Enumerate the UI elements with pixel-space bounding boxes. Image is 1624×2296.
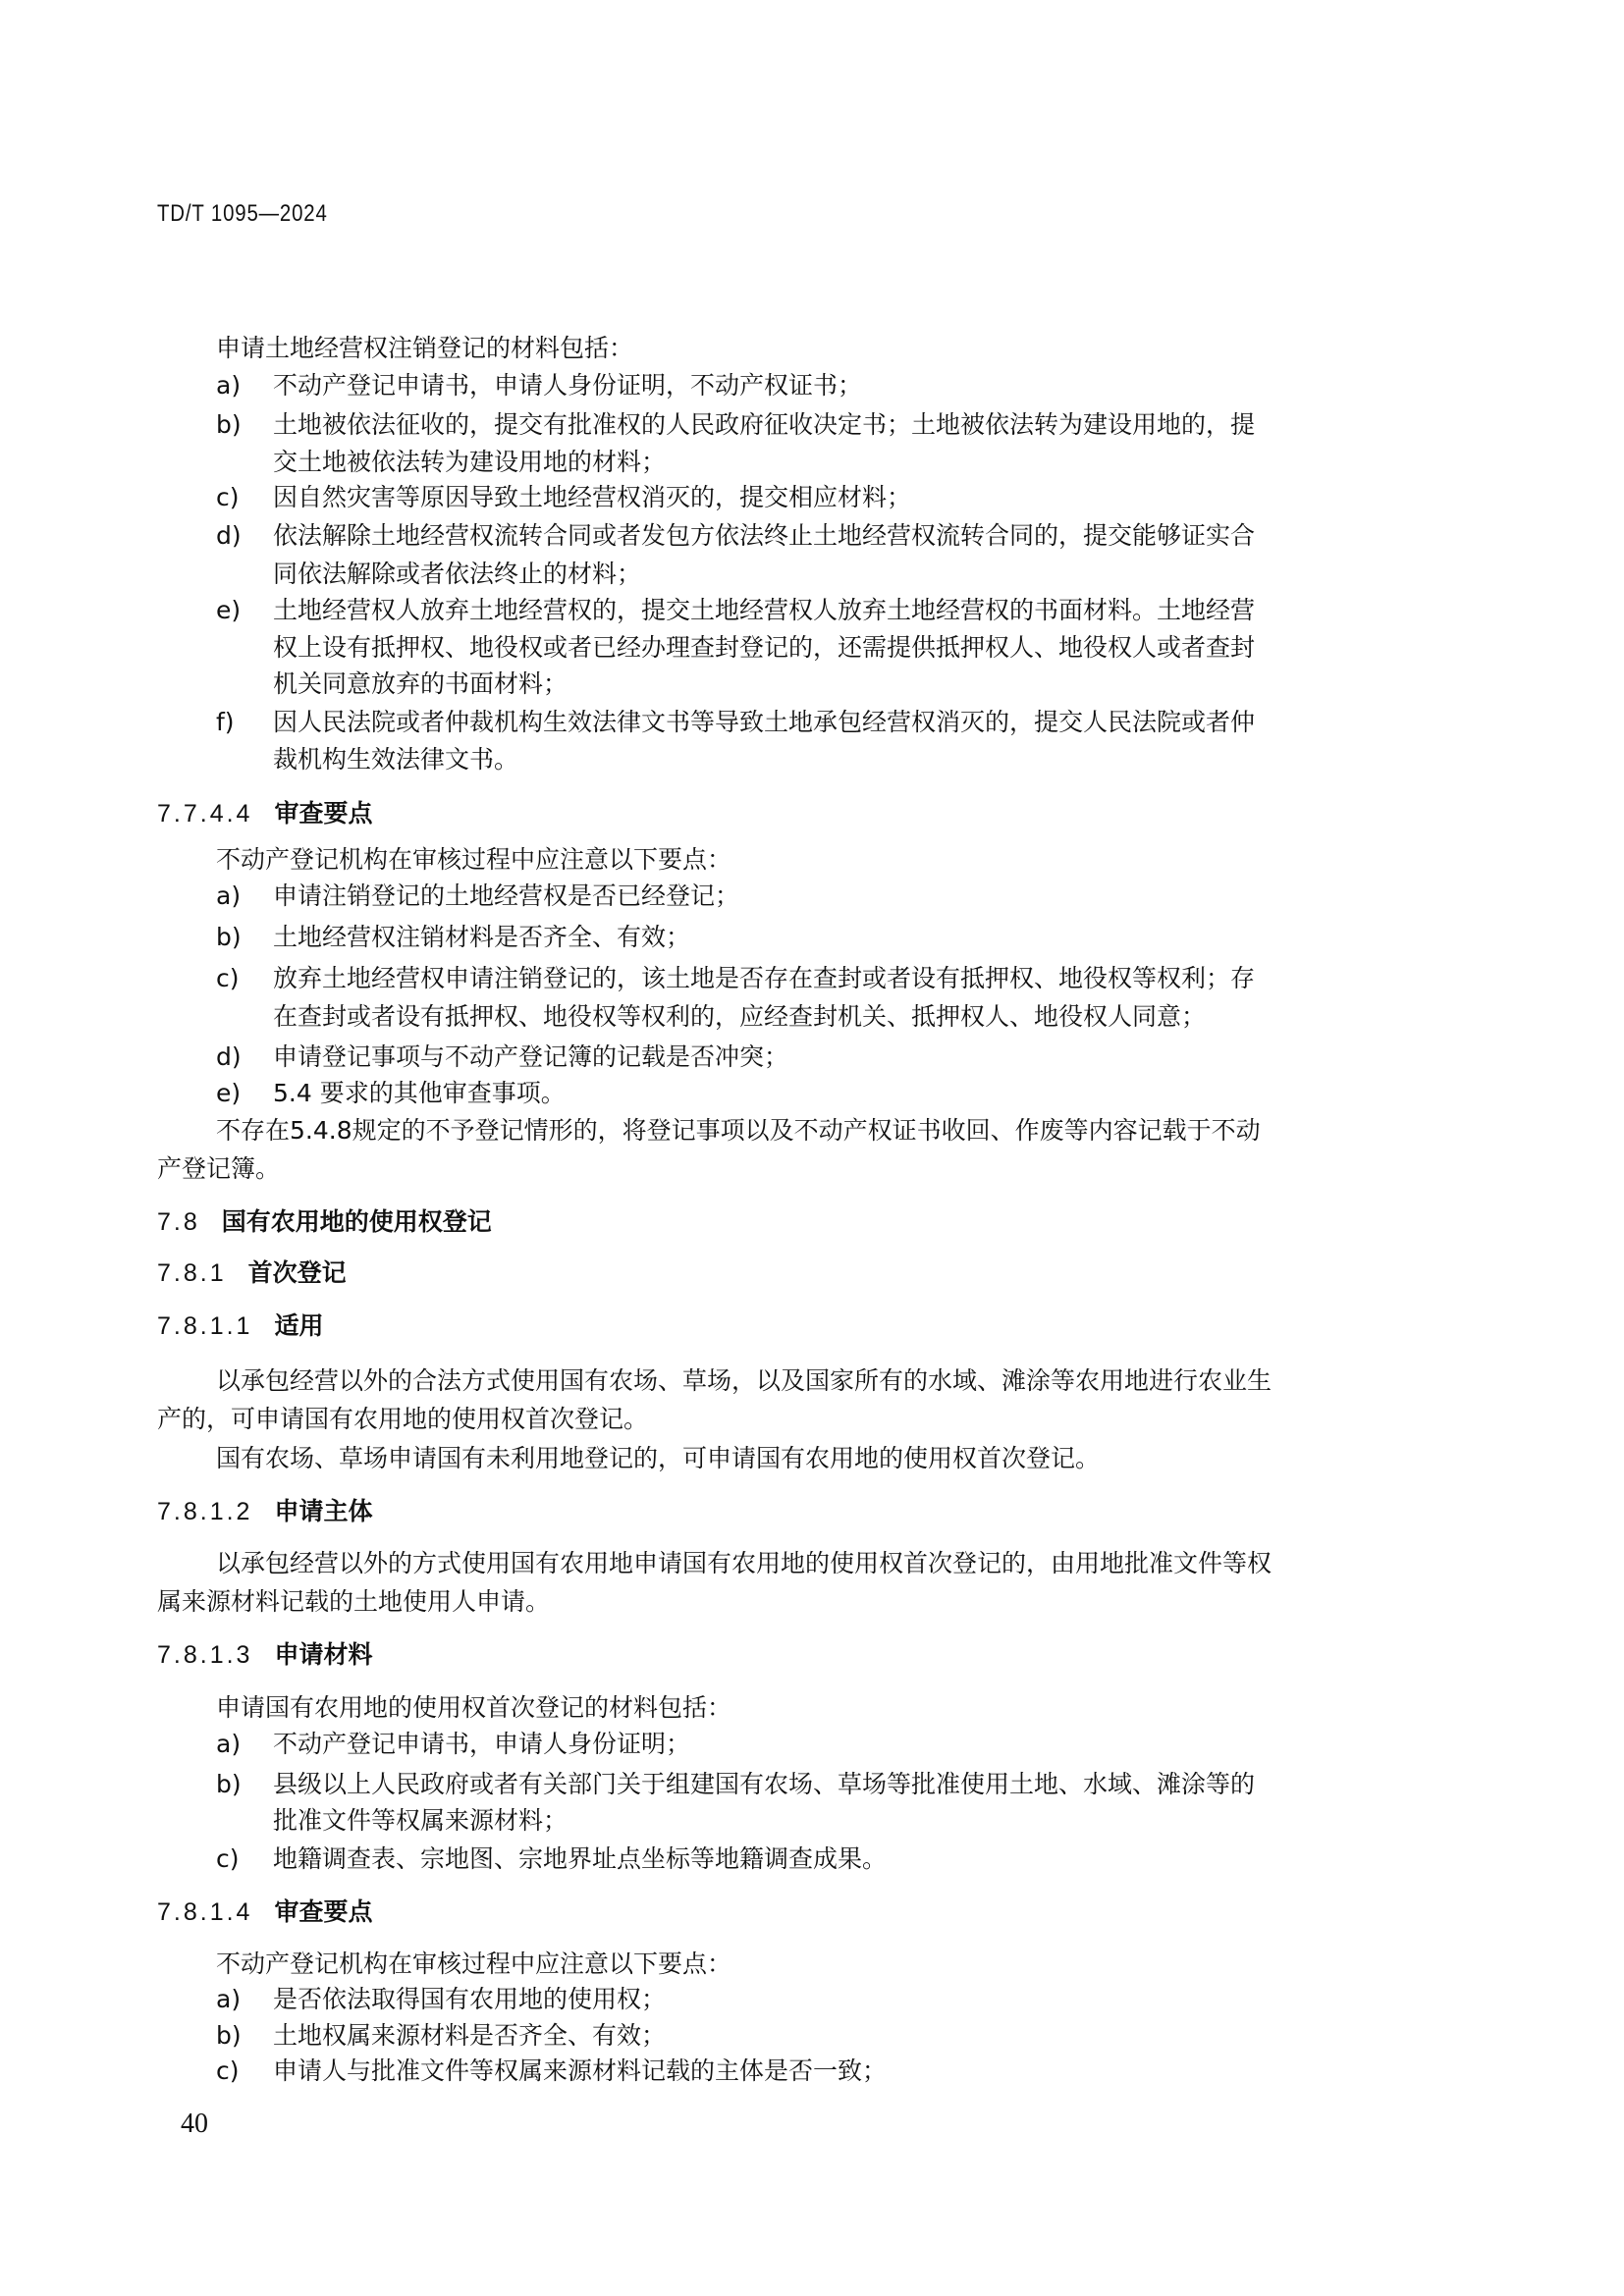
list-marker: d) [216, 1042, 242, 1072]
section-number: 7.8.1.4 [157, 1898, 252, 1926]
list-item-text: 土地被依法征收的，提交有批准权的人民政府征收决定书；土地被依法转为建设用地的，提 [273, 410, 1255, 440]
paragraph-line: 同依法解除或者依法终止的材料； [273, 560, 641, 589]
list-marker: c) [216, 2056, 240, 2086]
list-marker: b) [216, 410, 242, 440]
section-heading: 7.8.1.1适用 [157, 1311, 323, 1341]
section-heading: 7.8.1.3申请材料 [157, 1640, 372, 1670]
page-number: 40 [181, 2109, 208, 2140]
list-item-text: 放弃土地经营权申请注销登记的，该土地是否存在查封或者设有抵押权、地役权等权利；存 [273, 964, 1255, 993]
section-number: 7.8.1.1 [157, 1312, 252, 1340]
list-item-text: 是否依法取得国有农用地的使用权； [273, 1985, 666, 2014]
paragraph-line: 属来源材料记载的土地使用人申请。 [157, 1587, 550, 1617]
section-number: 7.8.1 [157, 1259, 227, 1287]
list-marker: a) [216, 1985, 241, 2014]
list-item-text: 土地经营权人放弃土地经营权的，提交土地经营权人放弃土地经营权的书面材料。土地经营 [273, 596, 1255, 625]
document-code-header: TD/T 1095—2024 [157, 200, 328, 228]
list-marker: b) [216, 923, 242, 952]
paragraph-line: 不存在5.4.8规定的不予登记情形的，将登记事项以及不动产权证书收回、作废等内容… [216, 1116, 1261, 1146]
section-heading: 7.8国有农用地的使用权登记 [157, 1207, 492, 1237]
list-marker: c) [216, 964, 240, 993]
paragraph-line: 在查封或者设有抵押权、地役权等权利的，应经查封机关、抵押权人、地役权人同意； [273, 1002, 1206, 1032]
section-heading: 7.7.4.4审查要点 [157, 799, 372, 828]
paragraph-line: 不动产登记机构在审核过程中应注意以下要点： [216, 845, 731, 875]
section-number: 7.8 [157, 1208, 200, 1236]
section-title: 申请主体 [274, 1497, 372, 1525]
list-marker: a) [216, 371, 241, 400]
list-item-text: 不动产登记申请书，申请人身份证明，不动产权证书； [273, 371, 862, 400]
list-item-text: 不动产登记申请书，申请人身份证明； [273, 1730, 690, 1759]
list-item-text: 土地经营权注销材料是否齐全、有效； [273, 923, 690, 952]
list-marker: b) [216, 1770, 242, 1799]
list-item-text: 地籍调查表、宗地图、宗地界址点坐标等地籍调查成果。 [273, 1844, 887, 1874]
paragraph-line: 不动产登记机构在审核过程中应注意以下要点： [216, 1949, 731, 1979]
list-marker: c) [216, 483, 240, 512]
list-marker: e) [216, 596, 241, 625]
list-marker: a) [216, 1730, 241, 1759]
section-heading: 7.8.1.2申请主体 [157, 1497, 372, 1526]
list-item-text: 申请登记事项与不动产登记簿的记载是否冲突； [273, 1042, 788, 1072]
list-marker: b) [216, 2021, 242, 2051]
paragraph-line: 权上设有抵押权、地役权或者已经办理查封登记的，还需提供抵押权人、地役权人或者查封 [273, 633, 1255, 663]
paragraph-line: 申请国有农用地的使用权首次登记的材料包括： [216, 1693, 731, 1723]
section-title: 审查要点 [274, 799, 372, 828]
paragraph-line: 裁机构生效法律文书。 [273, 745, 518, 774]
paragraph-line: 产的，可申请国有农用地的使用权首次登记。 [157, 1405, 648, 1434]
section-title: 申请材料 [274, 1640, 372, 1669]
section-number: 7.7.4.4 [157, 800, 252, 828]
list-item-text: 申请注销登记的土地经营权是否已经登记； [273, 881, 739, 911]
section-title: 审查要点 [274, 1897, 372, 1926]
list-marker: d) [216, 521, 242, 551]
list-marker: f) [216, 708, 235, 737]
section-number: 7.8.1.3 [157, 1641, 252, 1669]
paragraph-line: 交土地被依法转为建设用地的材料； [273, 448, 666, 477]
section-heading: 7.8.1.4审查要点 [157, 1897, 372, 1927]
list-item-text: 土地权属来源材料是否齐全、有效； [273, 2021, 666, 2051]
section-heading: 7.8.1首次登记 [157, 1258, 347, 1288]
paragraph-line: 批准文件等权属来源材料； [273, 1806, 568, 1836]
paragraph-line: 申请土地经营权注销登记的材料包括： [216, 334, 633, 363]
paragraph-line: 国有农场、草场申请国有未利用地登记的，可申请国有农用地的使用权首次登记。 [216, 1444, 1100, 1473]
list-item-text: 因自然灾害等原因导致土地经营权消灭的，提交相应材料； [273, 483, 911, 512]
list-item-text: 因人民法院或者仲裁机构生效法律文书等导致土地承包经营权消灭的，提交人民法院或者仲 [273, 708, 1255, 737]
paragraph-line: 以承包经营以外的方式使用国有农用地申请国有农用地的使用权首次登记的，由用地批准文… [216, 1549, 1272, 1578]
list-item-text: 依法解除土地经营权流转合同或者发包方依法终止土地经营权流转合同的，提交能够证实合 [273, 521, 1255, 551]
list-item-text: 5.4 要求的其他审查事项。 [273, 1079, 566, 1108]
list-marker: c) [216, 1844, 240, 1874]
paragraph-line: 以承包经营以外的合法方式使用国有农场、草场，以及国家所有的水域、滩涂等农用地进行… [216, 1366, 1272, 1396]
section-title: 适用 [274, 1311, 323, 1340]
section-number: 7.8.1.2 [157, 1498, 252, 1525]
section-title: 国有农用地的使用权登记 [222, 1207, 492, 1236]
list-marker: a) [216, 881, 241, 911]
paragraph-line: 机关同意放弃的书面材料； [273, 669, 568, 699]
paragraph-line: 产登记簿。 [157, 1154, 280, 1184]
list-marker: e) [216, 1079, 241, 1108]
section-title: 首次登记 [248, 1258, 347, 1287]
list-item-text: 申请人与批准文件等权属来源材料记载的主体是否一致； [273, 2056, 887, 2086]
list-item-text: 县级以上人民政府或者有关部门关于组建国有农场、草场等批准使用土地、水域、滩涂等的 [273, 1770, 1255, 1799]
